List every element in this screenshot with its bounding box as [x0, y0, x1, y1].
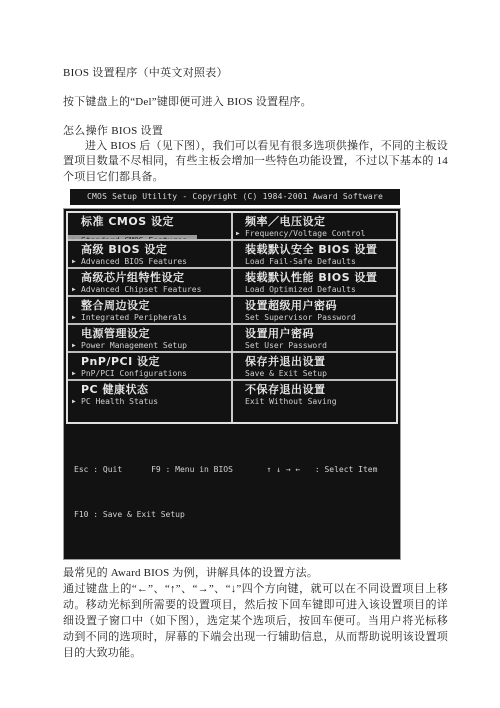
- submenu-arrow-icon: ▶: [72, 256, 81, 267]
- bios-item-advanced-chipset: 高级芯片组特性设定 ▶Advanced Chipset Features: [68, 269, 232, 297]
- bios-item-user-password: 设置用户密码 Set User Password: [232, 325, 396, 353]
- bios-item-integrated-peripherals: 整合周边设定 ▶Integrated Peripherals: [68, 297, 232, 325]
- help-line-1: Esc : Quit F9 : Menu in BIOS ↑ ↓ → ← : S…: [74, 462, 390, 477]
- menu-column-divider: [231, 213, 233, 422]
- help-line-2: F10 : Save & Exit Setup: [74, 507, 390, 522]
- paragraph-del-key: 按下键盘上的“Del”键即便可进入 BIOS 设置程序。: [63, 95, 448, 111]
- document-page: BIOS 设置程序（中英文对照表） 按下键盘上的“Del”键即便可进入 BIOS…: [0, 0, 500, 708]
- submenu-arrow-icon: ▶: [72, 284, 81, 295]
- bios-title-bar: CMOS Setup Utility - Copyright (C) 1984-…: [70, 189, 400, 205]
- submenu-arrow-icon: ▶: [72, 396, 81, 407]
- submenu-arrow-icon: ▶: [72, 312, 81, 323]
- bios-item-power-management: 电源管理设定 ▶Power Management Setup: [68, 325, 232, 353]
- bios-item-load-optimized: 装载默认性能 BIOS 设置 Load Optimized Defaults: [232, 269, 396, 297]
- paragraph-navigation-keys: 通过键盘上的“←”、“↑”、“→”、“↓”四个方向键，就可以在不同设置项目上移动…: [63, 581, 448, 661]
- bios-frame: 标准 CMOS 设定 ▶Standard CMOS Features 高级 BI…: [63, 208, 401, 560]
- paragraph-award-example: 最常见的 Award BIOS 为例，讲解具体的设置方法。: [63, 565, 448, 581]
- bios-item-save-exit: 保存并退出设置 Save & Exit Setup: [232, 353, 396, 381]
- doc-title: BIOS 设置程序（中英文对照表）: [63, 66, 448, 81]
- bios-item-pnp-pci: PnP/PCI 设定 ▶PnP/PCI Configurations: [68, 353, 232, 381]
- bios-item-supervisor-password: 设置超级用户密码 Set Supervisor Password: [232, 297, 396, 325]
- bios-help-bar: Esc : Quit F9 : Menu in BIOS ↑ ↓ → ← : S…: [64, 424, 400, 559]
- paragraph-intro: 进入 BIOS 后（见下图），我们可以看见有很多选项供操作，不同的主板设置项目数…: [63, 139, 448, 186]
- submenu-arrow-icon: ▶: [72, 368, 81, 379]
- bios-item-standard-cmos: 标准 CMOS 设定 ▶Standard CMOS Features: [68, 213, 232, 241]
- bios-screenshot: CMOS Setup Utility - Copyright (C) 1984-…: [63, 189, 401, 560]
- bios-item-exit-without-saving: 不保存退出设置 Exit Without Saving: [232, 381, 396, 409]
- bios-menu: 标准 CMOS 设定 ▶Standard CMOS Features 高级 BI…: [66, 211, 398, 424]
- bios-item-advanced-bios: 高级 BIOS 设定 ▶Advanced BIOS Features: [68, 241, 232, 269]
- submenu-arrow-icon: ▶: [236, 228, 245, 239]
- bios-item-pc-health: PC 健康状态 ▶PC Health Status: [68, 381, 232, 409]
- bios-item-frequency-voltage: 频率／电压设定 ▶Frequency/Voltage Control: [232, 213, 396, 241]
- bios-item-load-failsafe: 装载默认安全 BIOS 设置 Load Fail-Safe Defaults: [232, 241, 396, 269]
- section-heading: 怎么操作 BIOS 设置: [63, 124, 448, 139]
- submenu-arrow-icon: ▶: [72, 340, 81, 351]
